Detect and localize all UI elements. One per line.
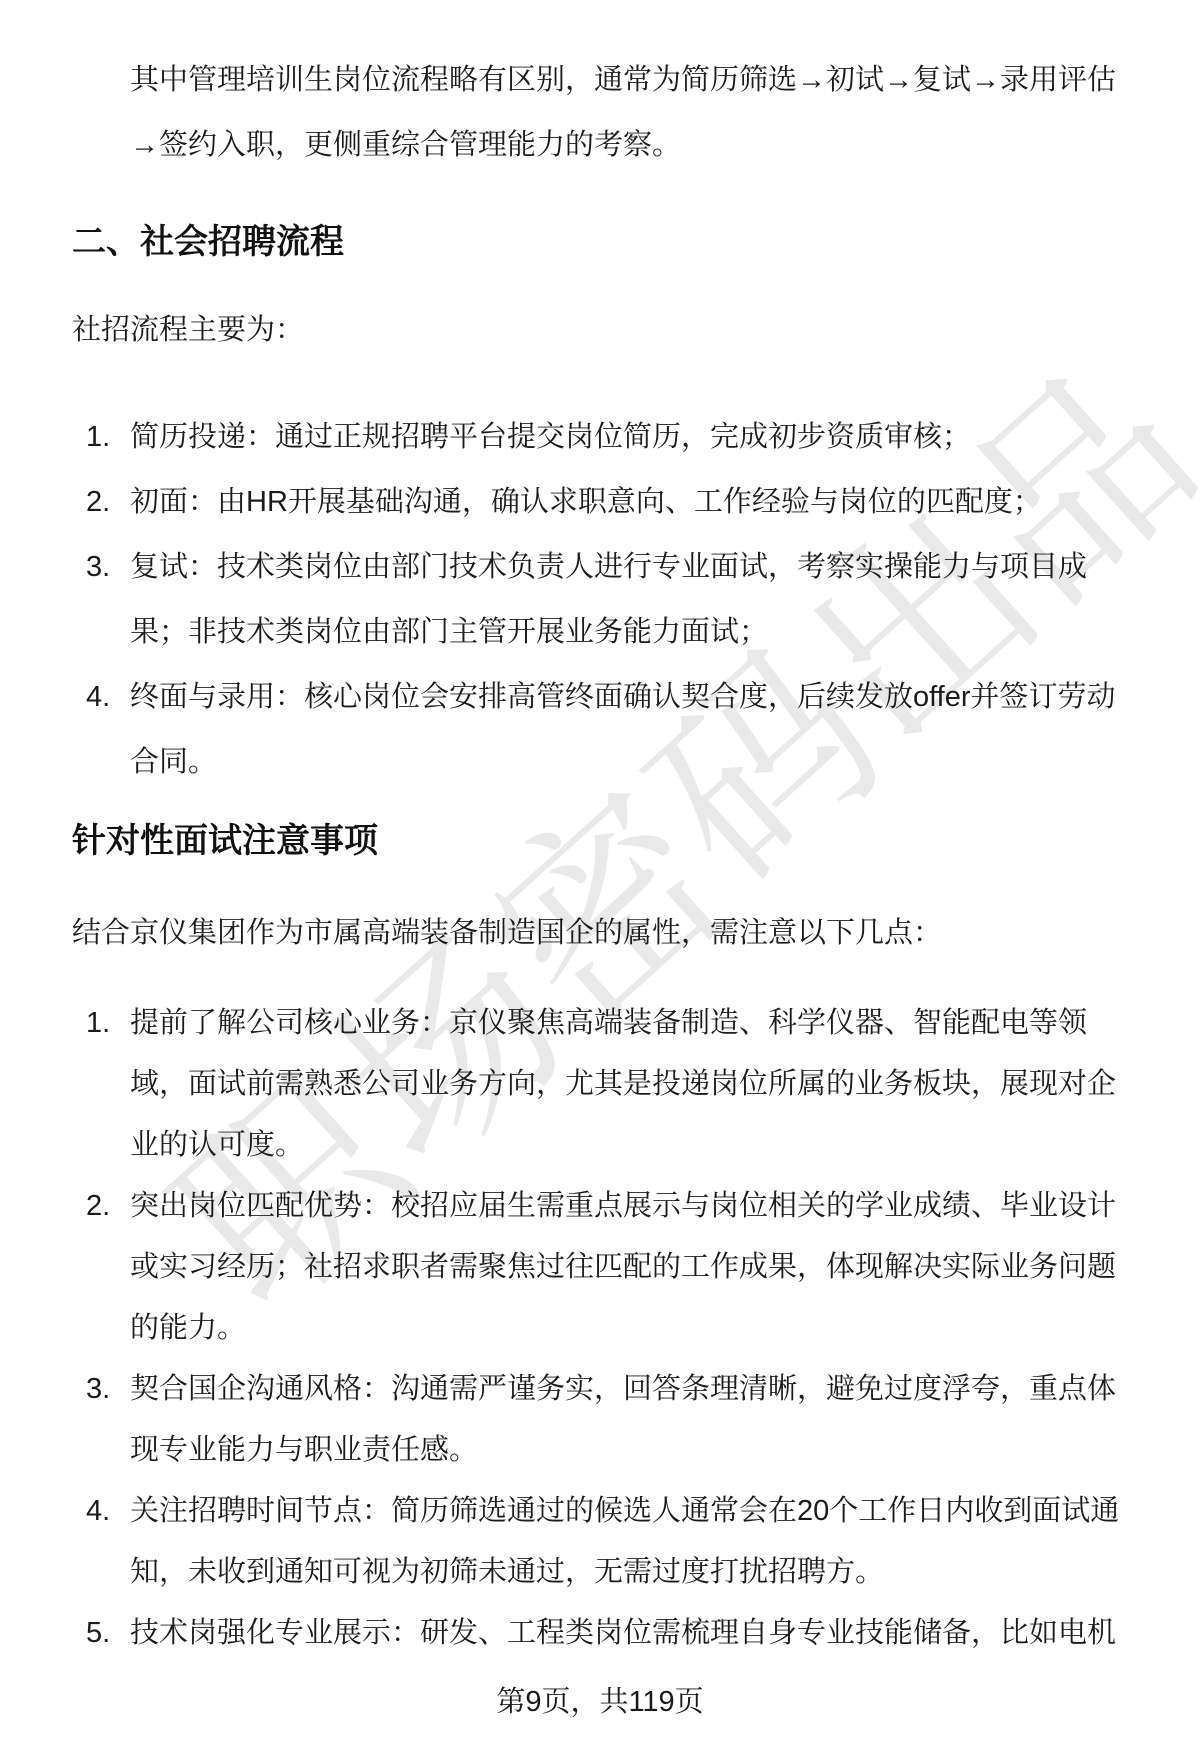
intro-continuation-paragraph: 其中管理培训生岗位流程略有区别，通常为简历筛选→初试→复试→录用评估 →签约入职… — [130, 48, 1138, 178]
list-item-text: 提前了解公司核心业务：京仪聚焦高端装备制造、科学仪器、智能配电等领 域，面试前需… — [130, 993, 1138, 1176]
list-item: 5. 技术岗强化专业展示：研发、工程类岗位需梳理自身专业技能储备，比如电机 — [86, 1603, 1138, 1664]
section-heading-social-recruitment: 二、社会招聘流程 — [72, 220, 1138, 264]
list-item: 4. 关注招聘时间节点：简历筛选通过的候选人通常会在20个工作日内收到面试通 知… — [86, 1481, 1138, 1603]
list-item: 1. 简历投递：通过正规招聘平台提交岗位简历，完成初步资质审核； — [86, 405, 1138, 470]
list-item: 4. 终面与录用：核心岗位会安排高管终面确认契合度，后续发放offer并签订劳动… — [86, 665, 1138, 795]
list-item-text: 终面与录用：核心岗位会安排高管终面确认契合度，后续发放offer并签订劳动 合同… — [130, 665, 1138, 795]
list-item-number: 4. — [86, 1481, 130, 1542]
list-item-text: 初面：由HR开展基础沟通，确认求职意向、工作经验与岗位的匹配度； — [130, 470, 1138, 535]
list-item-number: 4. — [86, 665, 130, 730]
list-item-number: 5. — [86, 1603, 130, 1664]
list-item: 2. 突出岗位匹配优势：校招应届生需重点展示与岗位相关的学业成绩、毕业设计 或实… — [86, 1176, 1138, 1359]
list-item-number: 3. — [86, 1359, 130, 1420]
list-item-text: 技术岗强化专业展示：研发、工程类岗位需梳理自身专业技能储备，比如电机 — [130, 1603, 1138, 1664]
list-item-number: 1. — [86, 993, 130, 1054]
list-item-text: 简历投递：通过正规招聘平台提交岗位简历，完成初步资质审核； — [130, 405, 1138, 470]
section-heading-interview-notes: 针对性面试注意事项 — [72, 819, 1138, 863]
section2-lead-paragraph: 结合京仪集团作为市属高端装备制造国企的属性，需注意以下几点： — [72, 901, 1138, 966]
list-item-text: 契合国企沟通风格：沟通需严谨务实，回答条理清晰，避免过度浮夸，重点体 现专业能力… — [130, 1359, 1138, 1481]
list-item-text: 突出岗位匹配优势：校招应届生需重点展示与岗位相关的学业成绩、毕业设计 或实习经历… — [130, 1176, 1138, 1359]
list-item-number: 3. — [86, 535, 130, 600]
social-recruitment-steps-list: 1. 简历投递：通过正规招聘平台提交岗位简历，完成初步资质审核； 2. 初面：由… — [86, 405, 1138, 795]
list-item: 1. 提前了解公司核心业务：京仪聚焦高端装备制造、科学仪器、智能配电等领 域，面… — [86, 993, 1138, 1176]
list-item-number: 2. — [86, 470, 130, 535]
page-content: 其中管理培训生岗位流程略有区别，通常为简历筛选→初试→复试→录用评估 →签约入职… — [0, 0, 1200, 1664]
list-item-text: 关注招聘时间节点：简历筛选通过的候选人通常会在20个工作日内收到面试通 知，未收… — [130, 1481, 1138, 1603]
list-item-number: 2. — [86, 1176, 130, 1237]
section1-lead-paragraph: 社招流程主要为： — [72, 298, 1138, 363]
document-page: 职场密码出品 其中管理培训生岗位流程略有区别，通常为简历筛选→初试→复试→录用评… — [0, 0, 1200, 1755]
interview-notes-list: 1. 提前了解公司核心业务：京仪聚焦高端装备制造、科学仪器、智能配电等领 域，面… — [86, 993, 1138, 1664]
list-item: 2. 初面：由HR开展基础沟通，确认求职意向、工作经验与岗位的匹配度； — [86, 470, 1138, 535]
page-footer: 第9页，共119页 — [0, 1682, 1200, 1722]
list-item-text: 复试：技术类岗位由部门技术负责人进行专业面试，考察实操能力与项目成 果；非技术类… — [130, 535, 1138, 665]
list-item: 3. 复试：技术类岗位由部门技术负责人进行专业面试，考察实操能力与项目成 果；非… — [86, 535, 1138, 665]
list-item-number: 1. — [86, 405, 130, 470]
list-item: 3. 契合国企沟通风格：沟通需严谨务实，回答条理清晰，避免过度浮夸，重点体 现专… — [86, 1359, 1138, 1481]
